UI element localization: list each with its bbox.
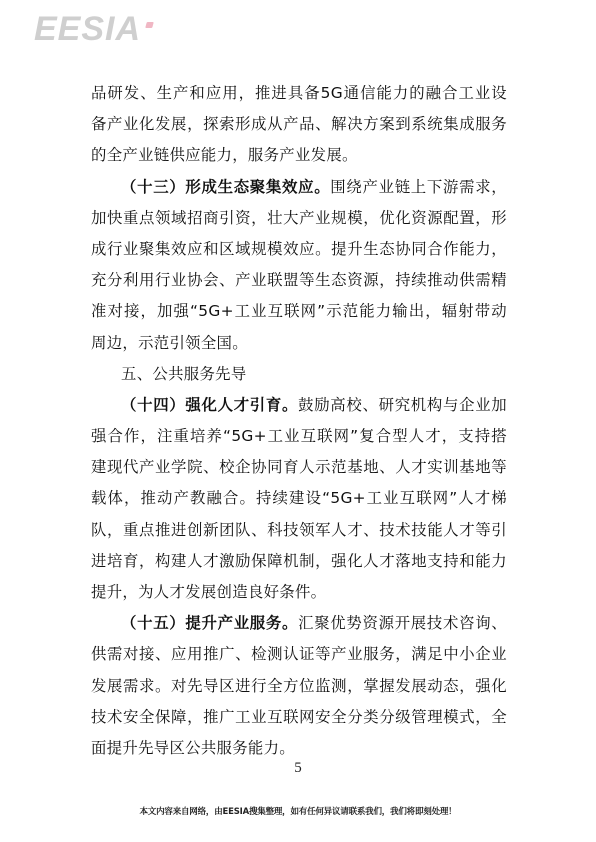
section-heading: 五、公共服务先导 bbox=[91, 359, 507, 390]
paragraph-line: 品研发、生产和应用，推进具备5G通信能力的融合工业设 bbox=[91, 78, 507, 109]
paragraph-text: 汇聚优势资源开展技术咨询、 bbox=[298, 614, 507, 632]
paragraph-line: 周边，示范引领全国。 bbox=[91, 328, 507, 359]
subsection-heading: （十五）提升产业服务。 bbox=[121, 614, 298, 632]
paragraph-line: 提升，为人才发展创造良好条件。 bbox=[91, 577, 507, 608]
paragraph-line: 备产业化发展，探索形成从产品、解决方案到系统集成服务 bbox=[91, 109, 507, 140]
subsection-heading: （十三）形成生态聚集效应。 bbox=[121, 178, 330, 196]
paragraph-text: 鼓励高校、研究机构与企业加 bbox=[298, 396, 507, 414]
paragraph-line: 的全产业链供应能力，服务产业发展。 bbox=[91, 140, 507, 171]
paragraph-line: 队，重点推进创新团队、科技领军人才、技术技能人才等引 bbox=[91, 515, 507, 546]
subsection-heading: （十四）强化人才引育。 bbox=[121, 396, 298, 414]
paragraph-line-heading-14: （十四）强化人才引育。鼓励高校、研究机构与企业加 bbox=[91, 390, 507, 421]
paragraph-line: 技术安全保障，推广工业互联网安全分类分级管理模式，全 bbox=[91, 702, 507, 733]
document-body: 品研发、生产和应用，推进具备5G通信能力的融合工业设 备产业化发展，探索形成从产… bbox=[91, 78, 507, 764]
footer-disclaimer: 本文内容来自网络，由EESIA搜集整理，如有任何异议请联系我们，我们将即刻处理！ bbox=[0, 805, 596, 817]
paragraph-line: 进培育，构建人才激励保障机制，强化人才落地支持和能力 bbox=[91, 546, 507, 577]
paragraph-line: 充分利用行业协会、产业联盟等生态资源，持续推动供需精 bbox=[91, 265, 507, 296]
paragraph-line: 准对接，加强“5G+工业互联网”示范能力输出，辐射带动 bbox=[91, 296, 507, 327]
paragraph-line: 供需对接、应用推广、检测认证等产业服务，满足中小企业 bbox=[91, 639, 507, 670]
paragraph-line: 加快重点领域招商引资，壮大产业规模，优化资源配置，形 bbox=[91, 203, 507, 234]
eesia-logo: EESIA bbox=[34, 10, 141, 48]
paragraph-line: 成行业聚集效应和区域规模效应。提升生态协同合作能力， bbox=[91, 234, 507, 265]
logo-text: EESIA bbox=[34, 10, 141, 48]
logo-accent-mark bbox=[145, 22, 154, 28]
paragraph-line-heading-15: （十五）提升产业服务。汇聚优势资源开展技术咨询、 bbox=[91, 608, 507, 639]
paragraph-line: 发展需求。对先导区进行全方位监测，掌握发展动态，强化 bbox=[91, 671, 507, 702]
paragraph-line: 载体，推动产教融合。持续建设“5G+工业互联网”人才梯 bbox=[91, 483, 507, 514]
page-number: 5 bbox=[0, 760, 596, 777]
paragraph-line: 强合作，注重培养“5G+工业互联网”复合型人才，支持搭 bbox=[91, 421, 507, 452]
paragraph-line: 建现代产业学院、校企协同育人示范基地、人才实训基地等 bbox=[91, 452, 507, 483]
paragraph-line-heading-13: （十三）形成生态聚集效应。围绕产业链上下游需求， bbox=[91, 172, 507, 203]
paragraph-text: 围绕产业链上下游需求， bbox=[330, 178, 507, 196]
